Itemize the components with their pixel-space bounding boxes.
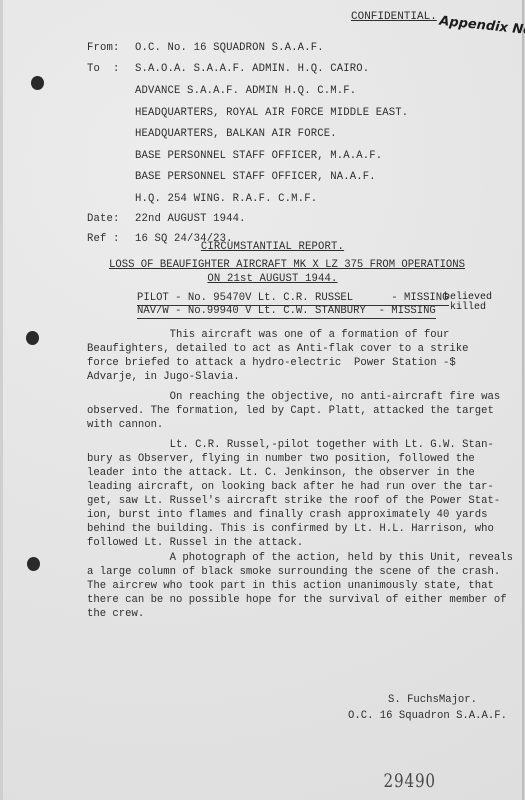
signature-title: O.C. 16 Squadron S.A.A.F.: [348, 710, 507, 722]
paragraph-line: leading aircraft, on looking back after …: [87, 480, 500, 494]
paragraph-line: force briefed to attack a hydro-electric…: [87, 356, 468, 370]
paragraph-line: The aircrew who took part in this action…: [87, 579, 513, 593]
paragraph-line: get, saw Lt. Russel's aircraft strike th…: [87, 494, 500, 508]
to-recipient: BASE PERSONNEL STAFF OFFICER, NA.A.F.: [135, 171, 376, 183]
crew-navigator-line: NAV/W - No.99940 V Lt. C.W. STANBURY - M…: [137, 305, 436, 319]
binder-hole: [27, 557, 40, 571]
annotation-line2: killed: [444, 302, 486, 313]
paragraph-line: Advarje, in Jugo-Slavia.: [87, 370, 468, 384]
to-recipient: HEADQUARTERS, ROYAL AIR FORCE MIDDLE EAS…: [135, 107, 408, 119]
date-value: 22nd AUGUST 1944.: [135, 213, 246, 225]
archive-stamp-number: 29490: [384, 770, 436, 792]
paragraph-2: On reaching the objective, no anti-aircr…: [87, 390, 500, 432]
to-recipient: S.A.O.A. S.A.A.F. ADMIN. H.Q. CAIRO.: [135, 63, 369, 75]
from-label: From:: [87, 42, 120, 54]
date-label: Date:: [87, 213, 120, 225]
paragraph-line: leader into the attack. Lt. C. Jenkinson…: [87, 466, 500, 480]
paragraph-line: observed. The formation, led by Capt. Pl…: [87, 404, 500, 418]
paragraph-3: Lt. C.R. Russel,-pilot together with Lt.…: [87, 438, 500, 550]
classification-mark: CONFIDENTIAL.: [351, 11, 437, 23]
paragraph-line: bury as Observer, flying in number two p…: [87, 452, 500, 466]
paragraph-line: Beaufighters, detailed to act as Anti-fl…: [87, 342, 468, 356]
to-recipient: BASE PERSONNEL STAFF OFFICER, M.A.A.F.: [135, 150, 382, 162]
paragraph-line: Lt. C.R. Russel,-pilot together with Lt.…: [87, 438, 500, 452]
binder-hole: [31, 76, 44, 90]
binder-hole: [26, 331, 39, 345]
signature-name: S. FuchsMajor.: [388, 694, 477, 706]
paragraph-line: the crew.: [87, 607, 513, 621]
report-title: CIRCUMSTANTIAL REPORT.: [13, 241, 525, 253]
to-recipient: HEADQUARTERS, BALKAN AIR FORCE.: [135, 128, 337, 140]
paragraph-line: behind the building. This is confirmed b…: [87, 522, 500, 536]
paragraph-line: with cannon.: [87, 418, 500, 432]
document-page: CONFIDENTIAL. Appendix No. 27 From: O.C.…: [0, 0, 524, 800]
paragraph-line: A photograph of the action, held by this…: [87, 551, 513, 565]
paragraph-line: ion, burst into flames and finally crash…: [87, 508, 500, 522]
paragraph-line: there can be no possible hope for the su…: [87, 593, 513, 607]
paragraph-line: This aircraft was one of a formation of …: [87, 328, 468, 342]
handwritten-believed-killed: believedkilled: [444, 293, 492, 313]
paragraph-line: followed Lt. Russel in the attack.: [87, 536, 500, 550]
to-recipient: ADVANCE S.A.A.F. ADMIN H.Q. C.M.F.: [135, 85, 356, 97]
paragraph-4: A photograph of the action, held by this…: [87, 551, 513, 621]
report-subtitle-line1: LOSS OF BEAUFIGHTER AIRCRAFT MK X LZ 375…: [109, 259, 465, 271]
report-subtitle-line2: ON 21st AUGUST 1944.: [13, 273, 525, 285]
paragraph-1: This aircraft was one of a formation of …: [87, 328, 468, 384]
to-label: To :: [87, 63, 120, 75]
crew-pilot-line: PILOT - No. 95470V Lt. C.R. RUSSEL - MIS…: [137, 292, 449, 306]
handwritten-appendix-note: Appendix No. 27: [439, 14, 525, 42]
paragraph-line: a large column of black smoke surroundin…: [87, 565, 513, 579]
to-recipient: H.Q. 254 WING. R.A.F. C.M.F.: [135, 193, 317, 205]
from-value: O.C. No. 16 SQUADRON S.A.A.F.: [135, 42, 324, 54]
paragraph-line: On reaching the objective, no anti-aircr…: [87, 390, 500, 404]
